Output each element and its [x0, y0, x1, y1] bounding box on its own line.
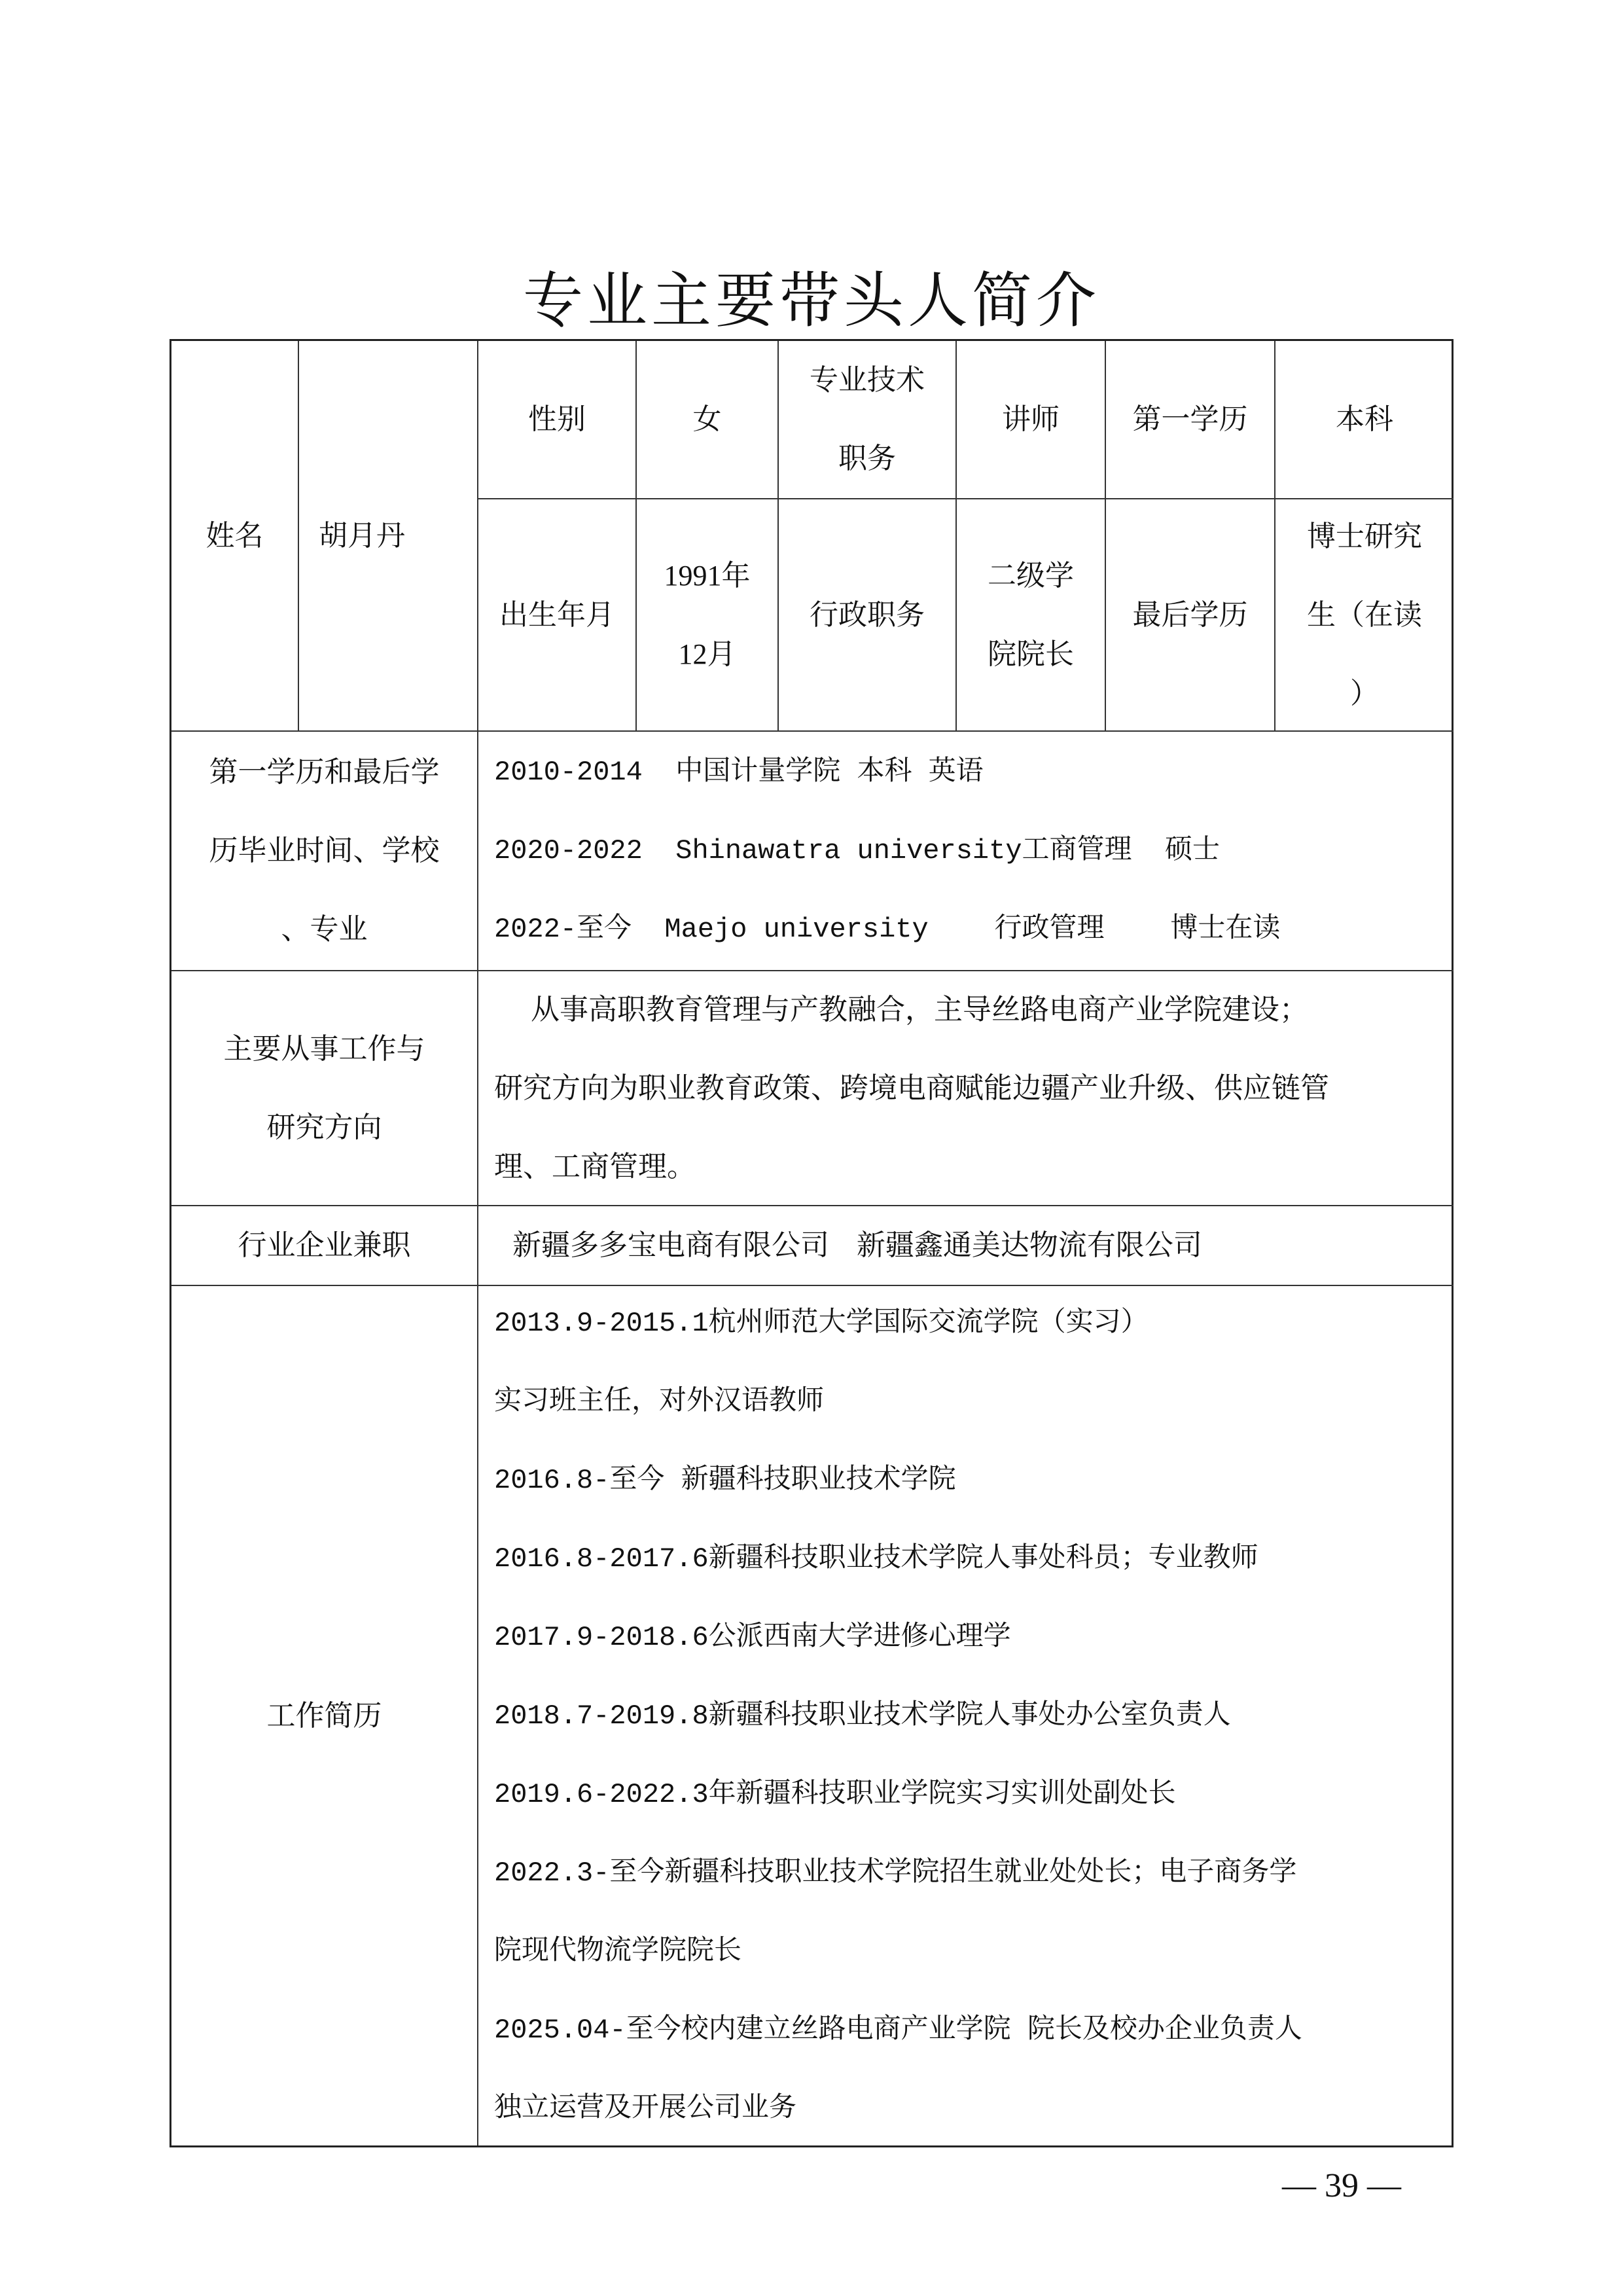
work-history-line: 独立运营及开展公司业务 [494, 2070, 1302, 2148]
birth-value-cell: 1991年 12月 [637, 499, 779, 732]
education-label-line3: 、专业 [281, 890, 368, 969]
name-value: 胡月丹 [319, 497, 405, 575]
birth-label-cell: 出生年月 [478, 499, 637, 732]
research-label-line1: 主要从事工作与 [224, 1010, 425, 1088]
gender-label: 性别 [528, 380, 586, 459]
work-history-line: 2016.8-2017.6新疆科技职业技术学院人事处科员；专业教师 [494, 1520, 1302, 1598]
work-history-line: 2017.9-2018.6公派西南大学进修心理学 [494, 1598, 1302, 1677]
research-line: 从事高职教育管理与产教融合，主导丝路电商产业学院建设； [494, 971, 1329, 1049]
first-degree-value-cell: 本科 [1275, 341, 1454, 499]
admin-post-label: 行政职务 [810, 576, 925, 655]
gender-value-cell: 女 [637, 341, 779, 499]
education-label-line2: 历毕业时间、学校 [209, 812, 440, 890]
admin-post-label-cell: 行政职务 [779, 499, 957, 732]
work-history-value-cell: 2013.9-2015.1杭州师范大学国际交流学院（实习） 实习班主任，对外汉语… [478, 1286, 1454, 2145]
industry-label-cell: 行业企业兼职 [171, 1206, 478, 1286]
education-label-line1: 第一学历和最后学 [209, 733, 440, 812]
name-label: 姓名 [206, 497, 264, 575]
work-history-label: 工作简历 [267, 1677, 382, 1755]
tech-title-label-line2: 职务 [838, 420, 896, 498]
profile-table: 姓名 胡月丹 性别 女 专业技术 职务 讲师 第一学历 本科 出生年月 1991… [169, 339, 1454, 2147]
education-entry: 2010-2014 中国计量学院 本科 英语 [494, 733, 1280, 812]
name-value-cell: 胡月丹 [299, 341, 478, 732]
industry-value-cell: 新疆多多宝电商有限公司 新疆鑫通美达物流有限公司 [478, 1206, 1454, 1286]
work-history-line: 2025.04-至今校内建立丝路电商产业学院 院长及校办企业负责人 [494, 1991, 1302, 2070]
work-history-line: 2016.8-至今 新疆科技职业技术学院 [494, 1441, 1302, 1520]
research-line: 理、工商管理。 [494, 1128, 1329, 1206]
work-history-line: 2013.9-2015.1杭州师范大学国际交流学院（实习） [494, 1284, 1302, 1363]
work-history-line: 2018.7-2019.8新疆科技职业技术学院人事处办公室负责人 [494, 1677, 1302, 1755]
tech-title-label-cell: 专业技术 职务 [779, 341, 957, 499]
last-degree-value-line1: 博士研究 [1307, 497, 1422, 576]
last-degree-label-cell: 最后学历 [1106, 499, 1275, 732]
tech-title-value: 讲师 [1002, 380, 1060, 459]
education-label-cell: 第一学历和最后学 历毕业时间、学校 、专业 [171, 732, 478, 971]
page-number: — 39 — [1243, 2160, 1440, 2212]
admin-post-value-cell: 二级学 院院长 [957, 499, 1106, 732]
admin-post-value-line1: 二级学 [988, 537, 1074, 615]
first-degree-label-cell: 第一学历 [1106, 341, 1275, 499]
gender-label-cell: 性别 [478, 341, 637, 499]
industry-label: 行业企业兼职 [238, 1206, 411, 1285]
education-entry: 2022-至今 Maejo university 行政管理 博士在读 [494, 890, 1280, 969]
last-degree-label: 最后学历 [1133, 576, 1248, 655]
last-degree-value-line2: 生（在读 [1307, 576, 1422, 655]
work-history-line: 实习班主任，对外汉语教师 [494, 1363, 1302, 1441]
research-value-cell: 从事高职教育管理与产教融合，主导丝路电商产业学院建设； 研究方向为职业教育政策、… [478, 971, 1454, 1206]
document-title: 专业主要带头人简介 [0, 265, 1623, 337]
admin-post-value-line2: 院院长 [988, 615, 1074, 694]
first-degree-value: 本科 [1336, 380, 1393, 459]
tech-title-value-cell: 讲师 [957, 341, 1106, 499]
last-degree-value-cell: 博士研究 生（在读 ） [1275, 499, 1454, 732]
education-entry: 2020-2022 Shinawatra university工商管理 硕士 [494, 812, 1280, 890]
last-degree-value-line3: ） [1350, 655, 1379, 733]
work-history-line: 院现代物流学院院长 [494, 1912, 1302, 1991]
work-history-line: 2019.6-2022.3年新疆科技职业学院实习实训处副处长 [494, 1755, 1302, 1834]
industry-value: 新疆多多宝电商有限公司 新疆鑫通美达物流有限公司 [494, 1206, 1202, 1285]
birth-value-line1: 1991年 [664, 537, 751, 615]
birth-value-line2: 12月 [679, 615, 736, 694]
research-line: 研究方向为职业教育政策、跨境电商赋能边疆产业升级、供应链管 [494, 1049, 1329, 1128]
research-label-cell: 主要从事工作与 研究方向 [171, 971, 478, 1206]
work-history-label-cell: 工作简历 [171, 1286, 478, 2145]
first-degree-label: 第一学历 [1133, 380, 1248, 459]
name-label-cell: 姓名 [171, 341, 299, 732]
gender-value: 女 [693, 380, 722, 459]
work-history-line: 2022.3-至今新疆科技职业技术学院招生就业处处长；电子商务学 [494, 1834, 1302, 1912]
research-label-line2: 研究方向 [267, 1088, 382, 1167]
tech-title-label-line1: 专业技术 [810, 341, 925, 420]
birth-label: 出生年月 [499, 576, 615, 655]
education-value-cell: 2010-2014 中国计量学院 本科 英语 2020-2022 Shinawa… [478, 732, 1454, 971]
